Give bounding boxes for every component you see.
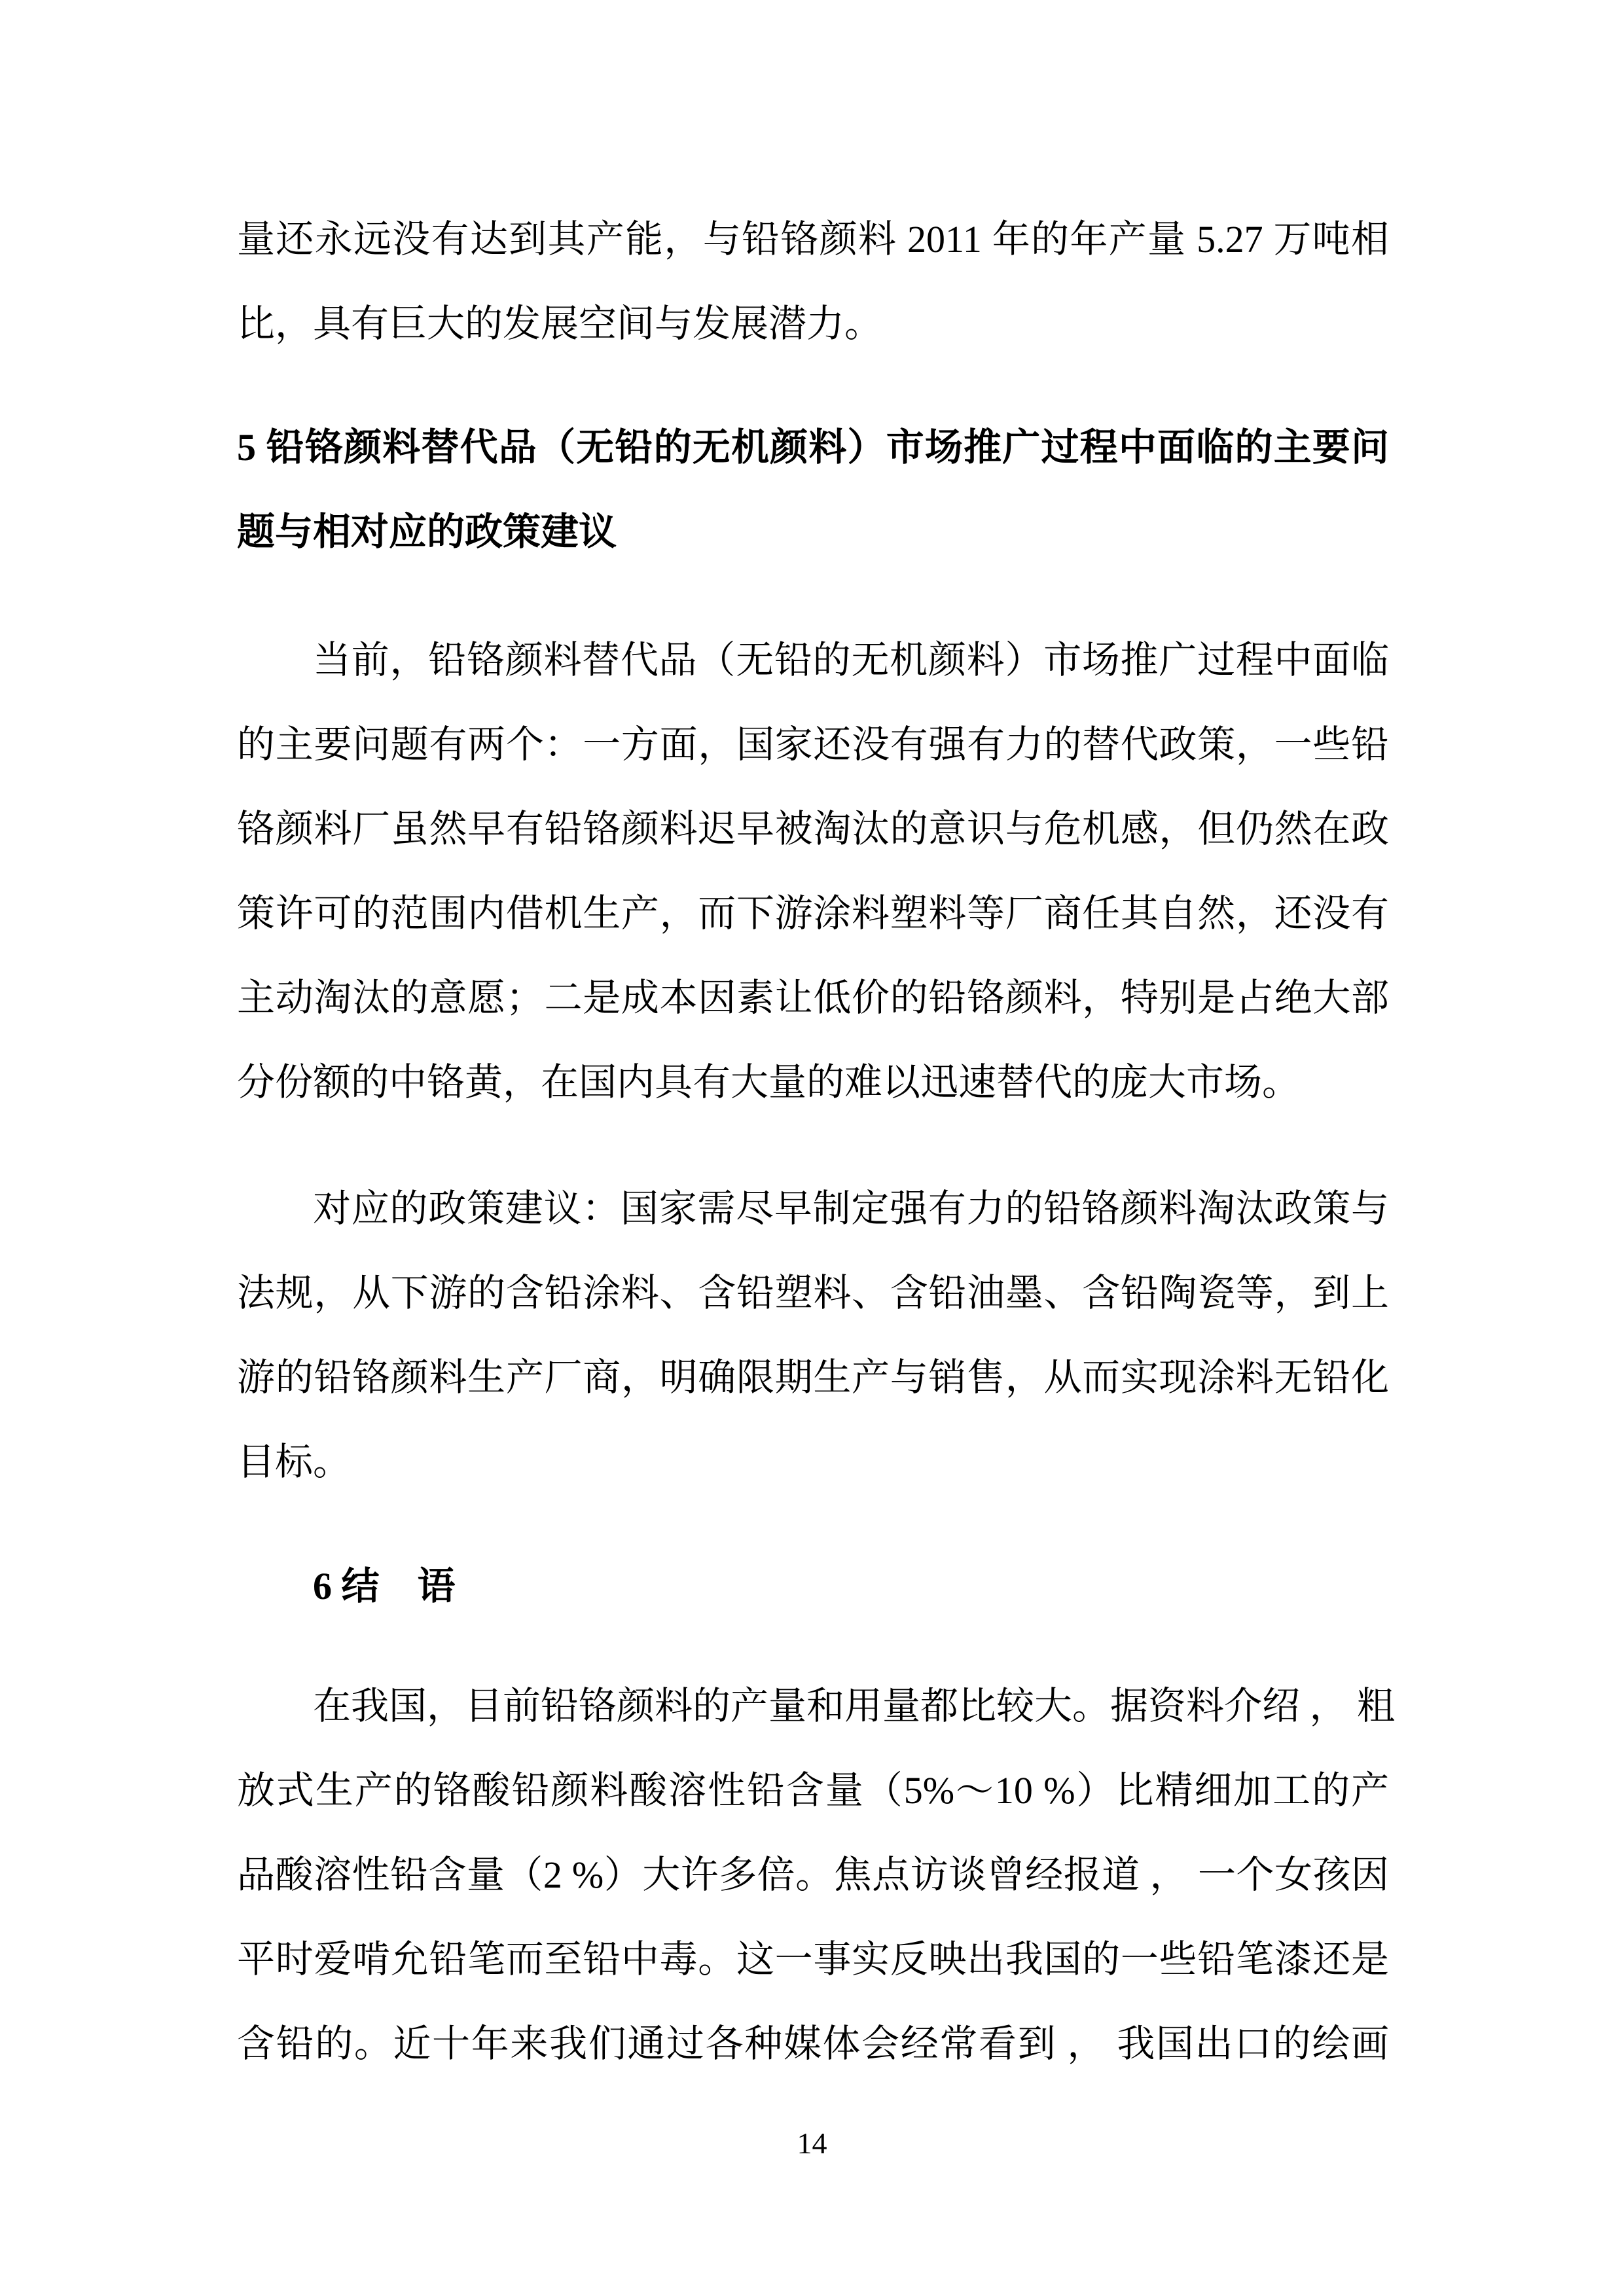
text-line: 分份额的中铬黄，在国内具有大量的难以迅速替代的庞大市场。 [237, 1040, 1389, 1124]
text-line: 含铅的。近十年来我们通过各种媒体会经常看到 ， 我国出口的绘画 [237, 2001, 1389, 2086]
text-line: 游的铅铬颜料生产厂商，明确限期生产与销售，从而实现涂料无铅化 [237, 1335, 1389, 1420]
text-line: 比，具有巨大的发展空间与发展潜力。 [237, 281, 1389, 366]
text-line: 主动淘汰的意愿；二是成本因素让低价的铅铬颜料，特别是占绝大部 [237, 956, 1389, 1040]
heading-line: 6 结 语 [237, 1544, 1389, 1628]
heading-line: 5 铅铬颜料替代品（无铅的无机颜料）市场推广过程中面临的主要问 [237, 405, 1389, 490]
text-line: 放式生产的铬酸铅颜料酸溶性铅含量（5%～10 %）比精细加工的产 [237, 1748, 1389, 1833]
document-page: 量还永远没有达到其产能，与铅铬颜料 2011 年的年产量 5.27 万吨相 比，… [0, 0, 1624, 2296]
lead-paragraph: 量还永远没有达到其产能，与铅铬颜料 2011 年的年产量 5.27 万吨相 比，… [237, 197, 1389, 366]
section-6-paragraph-1: 在我国，目前铅铬颜料的产量和用量都比较大。据资料介绍 ， 粗 放式生产的铬酸铅颜… [237, 1664, 1389, 2086]
text-line: 在我国，目前铅铬颜料的产量和用量都比较大。据资料介绍 ， 粗 [237, 1664, 1389, 1748]
heading-line: 题与相对应的政策建议 [237, 490, 1389, 574]
text-line: 当前，铅铬颜料替代品（无铅的无机颜料）市场推广过程中面临 [237, 618, 1389, 702]
text-line: 的主要问题有两个：一方面，国家还没有强有力的替代政策，一些铅 [237, 702, 1389, 787]
section-6-heading: 6 结 语 [237, 1544, 1389, 1628]
section-5-paragraph-2: 对应的政策建议：国家需尽早制定强有力的铅铬颜料淘汰政策与 法规，从下游的含铅涂料… [237, 1166, 1389, 1504]
text-line: 量还永远没有达到其产能，与铅铬颜料 2011 年的年产量 5.27 万吨相 [237, 197, 1389, 281]
text-line: 目标。 [237, 1420, 1389, 1504]
text-line: 平时爱啃允铅笔而至铅中毒。这一事实反映出我国的一些铅笔漆还是 [237, 1917, 1389, 2001]
text-line: 对应的政策建议：国家需尽早制定强有力的铅铬颜料淘汰政策与 [237, 1166, 1389, 1251]
text-line: 品酸溶性铅含量（2 %）大许多倍。焦点访谈曾经报道 ， 一个女孩因 [237, 1833, 1389, 1917]
text-line: 法规，从下游的含铅涂料、含铅塑料、含铅油墨、含铅陶瓷等，到上 [237, 1251, 1389, 1335]
section-5-paragraph-1: 当前，铅铬颜料替代品（无铅的无机颜料）市场推广过程中面临 的主要问题有两个：一方… [237, 618, 1389, 1124]
page-number: 14 [0, 2128, 1624, 2159]
section-5-heading: 5 铅铬颜料替代品（无铅的无机颜料）市场推广过程中面临的主要问 题与相对应的政策… [237, 405, 1389, 574]
text-line: 策许可的范围内借机生产，而下游涂料塑料等厂商任其自然，还没有 [237, 871, 1389, 956]
text-line: 铬颜料厂虽然早有铅铬颜料迟早被淘汰的意识与危机感，但仍然在政 [237, 787, 1389, 871]
